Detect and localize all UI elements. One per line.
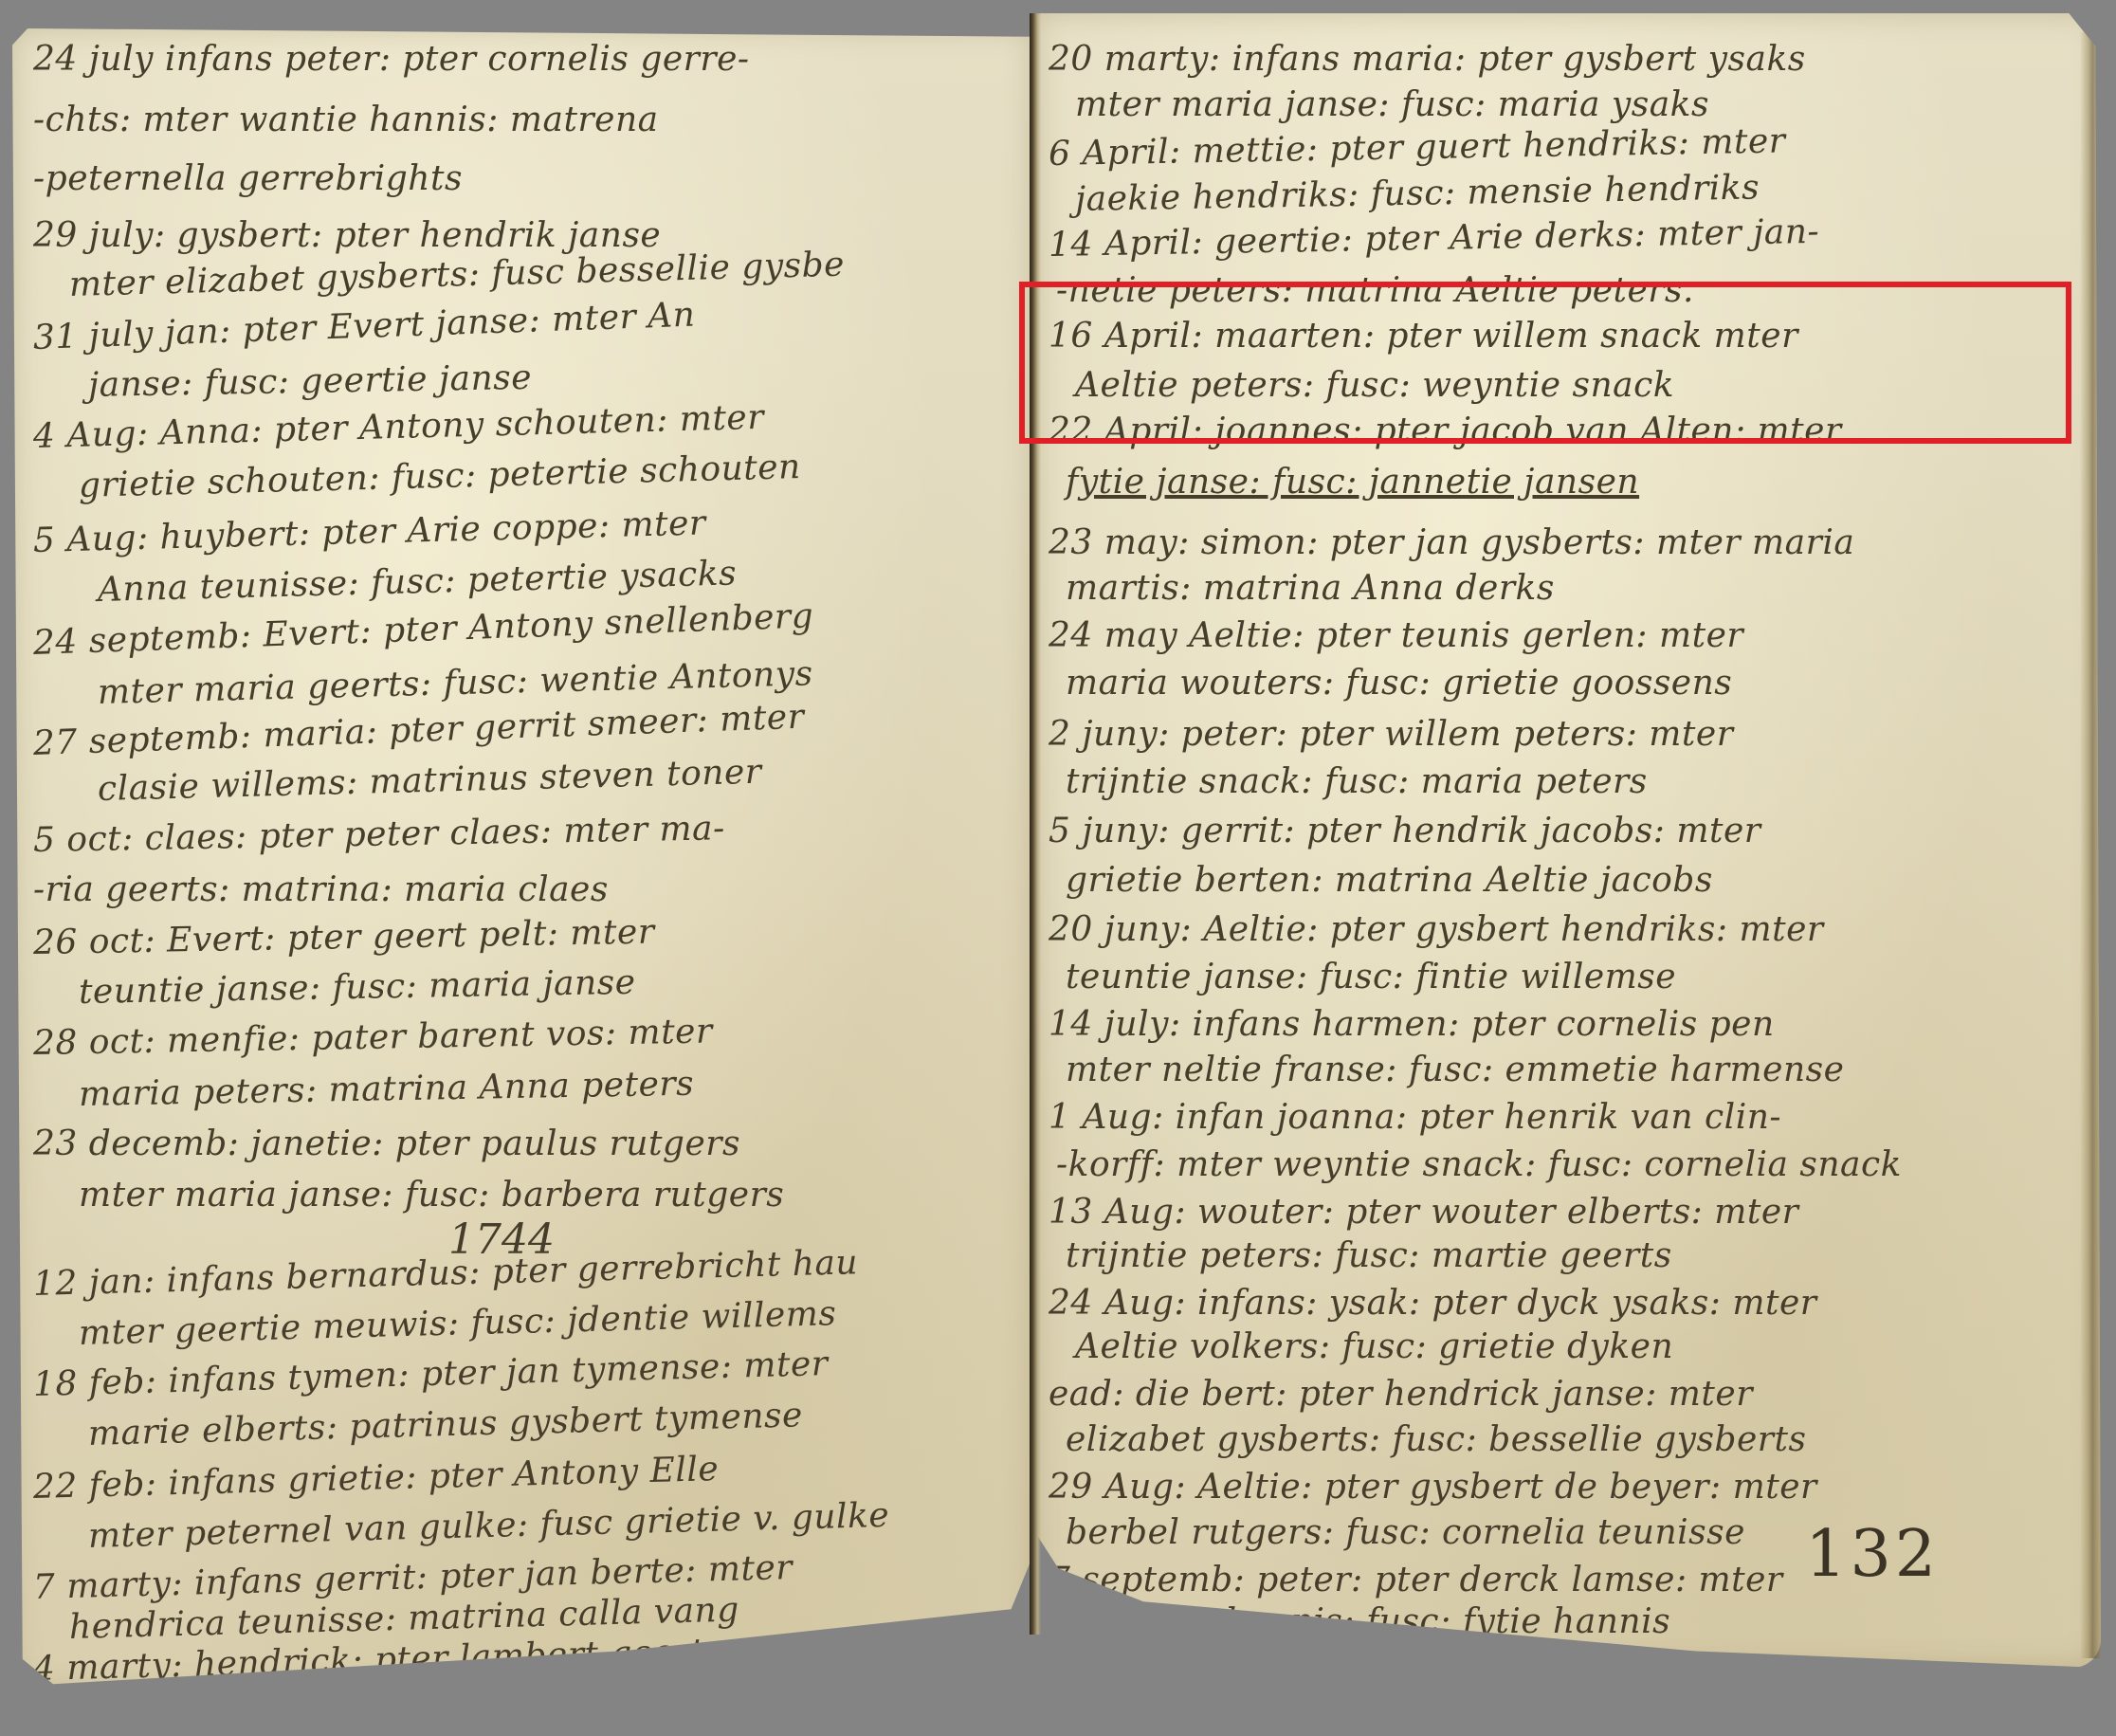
text-line: 20 juny: Aeltie: pter gysbert hendriks: … [1049,910,1824,949]
text-line: Anna teunisse: fusc: petertie ysacks [97,554,737,610]
text-line: trijntie peters: fusc: martie geerts [1066,1236,1672,1275]
text-line: janse: fusc: geertie janse [88,358,533,405]
text-line: mter peternel van gulke: fusc grietie v.… [87,1496,889,1556]
text-line: Aeltie volkers: fusc: grietie dyken [1075,1327,1673,1366]
text-line: 22 feb: infans grietie: pter Antony Elle [32,1450,719,1507]
text-line: 29 july: gysbert: pter hendrik janse [33,216,661,255]
text-line: jaekie hendriks: fusc: mensie hendriks [1075,168,1760,219]
text-line: 18 feb: infans tymen: pter jan tymense: … [32,1344,829,1404]
text-line: berbel rutgers: fusc: cornelia teunisse [1066,1513,1745,1552]
text-line: 23 decemb: janetie: pter paulus rutgers [33,1124,740,1163]
text-line: grietie berten: matrina Aeltie jacobs [1066,861,1713,900]
right-page: 20 marty: infans maria: pter gysbert ysa… [1037,13,2101,1668]
text-line: 12 jan: infans bernardus: pter gerrebric… [32,1243,858,1304]
text-line: 5 oct: claes: pter peter claes: mter ma- [33,809,725,860]
text-line: marie elberts: patrinus gysbert tymense [87,1396,803,1453]
text-line: mter neltie franse: fusc: emmetie harmen… [1066,1051,1844,1089]
text-line: elizabet gysberts: fusc: bessellie gysbe… [1066,1420,1806,1459]
text-line: 26 oct: Evert: pter geert pelt: mter [33,913,655,962]
text-line: weyntie hannis: fusc: fytie hannis [1075,1602,1670,1641]
text-line: trijntie snack: fusc: maria peters [1066,762,1648,801]
text-line: 14 july: infans harmen: pter cornelis pe… [1049,1005,1775,1044]
text-line: mter maria janse: fusc: maria ysaks [1075,85,1709,124]
text-line: maria peters: matrina Anna peters [79,1065,695,1114]
text-line: 13 Aug: wouter: pter wouter elberts: mte… [1049,1193,1798,1232]
text-line: 4 Aug: Anna: pter Antony schouten: mter [32,398,764,456]
page-number: 132 [1805,1517,1940,1592]
text-line: 5 Aug: huybert: pter Arie coppe: mter [32,503,706,560]
text-line: mter geertie meuwis: fusc: jdentie wille… [78,1294,836,1353]
text-line: 5 juny: gerrit: pter hendrik jacobs: mte… [1049,812,1760,850]
text-line: martis: matrina Anna derks [1066,569,1555,608]
text-line: 24 july infans peter: pter cornelis gerr… [33,40,750,79]
text-line: -korff: mter weyntie snack: fusc: cornel… [1056,1145,1902,1184]
text-line: grietie schouten: fusc: petertie schoute… [78,448,801,505]
left-page: 24 july infans peter: pter cornelis gerr… [12,28,1031,1692]
text-line: maria wouters: fusc: grietie goossens [1066,664,1732,703]
text-line: 1 Aug: infan joanna: pter henrik van cli… [1049,1098,1781,1137]
text-line: 6 April: mettie: pter guert hendriks: mt… [1049,121,1786,174]
text-line: mter maria janse: fusc: barbera rutgers [79,1176,784,1215]
book-gutter [1030,13,1041,1635]
text-line: 31 july jan: pter Evert janse: mter An [32,296,696,357]
text-line: 2 juny: peter: pter willem peters: mter [1049,715,1733,754]
text-line: 24 Aug: infans: ysak: pter dyck ysaks: m… [1049,1284,1816,1323]
text-line: 14 April: geertie: pter Arie derks: mter… [1049,212,1820,265]
text-line: -ria geerts: matrina: maria claes [33,870,609,909]
text-line: 23 may: simon: pter jan gysberts: mter m… [1049,523,1854,562]
text-line: 28 oct: menfie: pater barent vos: mter [33,1012,713,1063]
text-line: -peternella gerrebrights [33,159,463,198]
text-line: 24 may Aeltie: pter teunis gerlen: mter [1049,616,1743,655]
text-line: fytie janse: fusc: jannetie jansen [1066,463,1639,502]
text-line: ead: die bert: pter hendrick janse: mter [1049,1375,1753,1414]
highlight-box [1019,282,2071,444]
text-line: teuntie janse: fusc: maria janse [79,963,636,1012]
text-line: -chts: mter wantie hannis: matrena [33,101,659,139]
text-line: mter fytie hendricks: fusc: maria hendri… [78,1668,848,1727]
text-line: 20 marty: infans maria: pter gysbert ysa… [1049,40,1806,79]
text-line: clasie willems: matrinus steven toner [97,753,761,809]
text-line: 29 Aug: Aeltie: pter gysbert de beyer: m… [1049,1468,1817,1507]
text-line: 7 septemb: peter: pter derck lamse: mter [1049,1561,1783,1599]
text-line: teuntie janse: fusc: fintie willemse [1066,958,1676,996]
